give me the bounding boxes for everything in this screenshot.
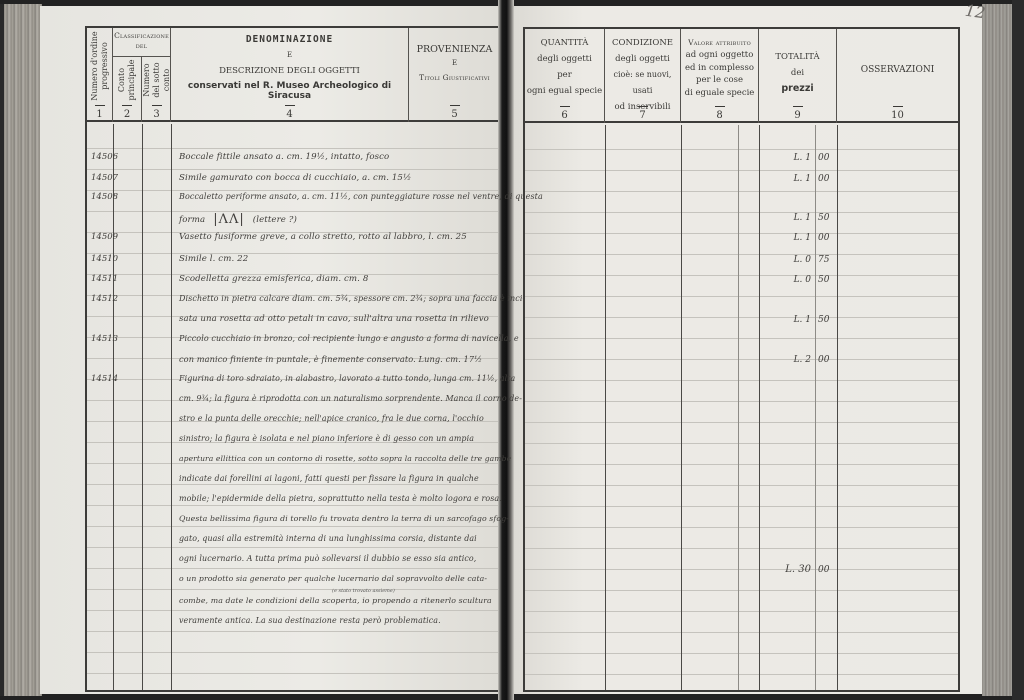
entry-description-cont: apertura ellittica con un contorno di ro… [179, 454, 511, 463]
entry-description-cont: veramente antica. La sua destinazione re… [179, 616, 441, 625]
left-ruled-area [87, 124, 498, 690]
left-page-edges [0, 4, 42, 696]
col-divider [837, 125, 838, 690]
header-line: ed in complesso [681, 62, 758, 75]
entry-description: Vasetto fusiforme greve, a collo stretto… [179, 232, 467, 242]
col-divider [681, 125, 682, 690]
price-lire: L. 1 [765, 315, 811, 325]
entry-description-cont: sata una rosetta ad otto petali in cavo,… [179, 314, 489, 324]
entry-description-cont: gato, quasi alla estremità interna di un… [179, 534, 477, 543]
header-descrizione: DESCRIZIONE DEGLI OGGETTI [171, 63, 408, 79]
entry-number: 14507 [91, 173, 118, 183]
header-numero-sotto-conto: Numero del sotto conto [142, 56, 172, 104]
price-lire-total: L. 30 [759, 564, 811, 575]
cents-divider [815, 125, 816, 690]
header-conj: E [171, 47, 408, 63]
price-cents: 75 [818, 255, 829, 265]
right-ledger-table: QUANTITÀ degli oggetti per ogni egual sp… [523, 27, 960, 692]
right-page-edges [982, 4, 1014, 696]
price-lire: L. 1 [765, 213, 811, 223]
header-col-3: Numero del sotto conto 3 [142, 56, 171, 122]
entry-number: 14512 [91, 294, 118, 304]
entry-description: Dischetto in pietra calcare diam. cm. 5¾… [179, 294, 525, 303]
price-lire: L. 0 [765, 275, 811, 285]
price-cents: 00 [818, 153, 829, 163]
header-conj-2: E [409, 55, 500, 71]
header-condizione: CONDIZIONE degli oggetti cioè: se nuovi,… [605, 29, 681, 123]
entry-description-cont: mobile; l'epidermide della pietra, sopra… [179, 494, 502, 503]
entry-description-cont: sinistro; la figura è isolata e nel pian… [179, 434, 474, 443]
price-lire: L. 1 [765, 233, 811, 243]
header-line: degli oggetti [525, 51, 604, 67]
price-lire: L. 1 [765, 153, 811, 163]
header-line: per [525, 67, 604, 83]
entry-description-cont: forma|ΛΛ|(lettere ?) [179, 212, 297, 227]
price-lire: L. 2 [765, 355, 811, 365]
entry-description: Figurina di toro sdraiato, in alabastro,… [179, 374, 515, 383]
header-line: ad ogni oggetto [681, 49, 758, 62]
header-valore: Valore attribuito ad ogni oggetto ed in … [681, 29, 759, 123]
entry-description-cont: indicate dai forellini ai lagoni, fatti … [179, 474, 479, 483]
header-totalita-title: TOTALITÀ [759, 49, 836, 65]
header-line: di eguale specie [681, 87, 758, 100]
entry-description-cont: Questa bellissima figura di torello fu t… [179, 514, 509, 523]
col-number-6: 6 [525, 106, 604, 121]
cents-divider [738, 125, 739, 690]
entry-description: Simile l. cm. 22 [179, 254, 248, 264]
entry-number: 14511 [91, 274, 118, 284]
col-number-9: 9 [759, 106, 836, 121]
entry-description-cont: con manico finiente in puntale, è fineme… [179, 354, 482, 364]
col-number-2: 2 [113, 105, 141, 120]
interlinear-note: (e stato trovato assieme) [332, 588, 395, 594]
price-lire: L. 1 [765, 174, 811, 184]
entry-number: 14509 [91, 232, 118, 242]
price-cents: 00 [818, 174, 829, 184]
price-cents: 50 [818, 275, 829, 285]
entry-description: Simile gamurato con bocca di cucchiaio, … [179, 173, 411, 183]
price-cents: 00 [818, 565, 829, 575]
header-prezzi: prezzi [759, 81, 836, 97]
entry-description-cont: cm. 9¾; la figura è riprodotta con un na… [179, 394, 522, 403]
header-numero-ordine: Numero d'ordine progressivo [90, 31, 110, 101]
price-cents: 00 [818, 233, 829, 243]
col-divider [171, 124, 172, 690]
header-provenienza-title: PROVENIENZA [409, 44, 500, 55]
header-classificazione-label: Classificazione del [113, 31, 170, 51]
price-cents: 00 [818, 355, 829, 365]
vessel-sketch: |ΛΛ| [213, 212, 245, 227]
entry-number: 14506 [91, 152, 118, 162]
entry-number: 14510 [91, 254, 118, 264]
header-col-1: Numero d'ordine progressivo 1 [87, 28, 113, 122]
header-museo: conservati nel R. Museo Archeologico di … [171, 81, 408, 101]
col-number-7: 7 [605, 106, 680, 121]
col-number-3: 3 [142, 105, 171, 120]
right-header-row: QUANTITÀ degli oggetti per ogni egual sp… [525, 29, 958, 123]
header-conto-principale: Conto principale [117, 58, 137, 102]
book-gutter [498, 0, 514, 700]
left-header-row: Numero d'ordine progressivo 1 Classifica… [87, 28, 498, 122]
header-line: per le cose [681, 74, 758, 87]
price-cents: 50 [818, 315, 829, 325]
header-provenienza: PROVENIENZA E Titoli Giustificativi 5 [409, 28, 500, 122]
entry-description: Piccolo cucchiaio in bronzo, col recipie… [179, 334, 519, 343]
col-number-1: 1 [87, 105, 112, 120]
left-ledger-table: Numero d'ordine progressivo 1 Classifica… [85, 26, 498, 692]
header-quantita: QUANTITÀ degli oggetti per ogni egual sp… [525, 29, 605, 123]
col-number-10: 10 [837, 106, 958, 121]
header-line: dei [759, 65, 836, 81]
header-titoli: Titoli Giustificativi [409, 73, 500, 82]
entry-number: 14513 [91, 334, 118, 344]
entry-description-cont: ogni lucernario. A tutta prima può solle… [179, 554, 476, 563]
col-divider [759, 125, 760, 690]
header-line: ogni egual specie [525, 83, 604, 99]
entry-description: Boccale fittile ansato a. cm. 19½, intat… [179, 152, 389, 162]
col-divider [605, 125, 606, 690]
entry-description: Scodelletta grezza emisferica, diam. cm.… [179, 274, 368, 284]
col-number-4: 4 [171, 105, 408, 120]
right-ruled-area [525, 125, 958, 690]
entry-description-cont: stro e la punta delle orecchie; nell'api… [179, 414, 484, 423]
page-number: 12 [964, 1, 987, 23]
col-number-5: 5 [409, 105, 500, 120]
header-totalita: TOTALITÀ dei prezzi 9 [759, 29, 837, 123]
ledger-book: 12 Numero d'ordine progressivo 1 Classif… [0, 0, 1024, 700]
header-condizione-title: CONDIZIONE [605, 35, 680, 51]
col-number-8: 8 [681, 106, 758, 121]
col-divider [142, 124, 143, 690]
header-line: degli oggetti [605, 51, 680, 67]
price-lire: L. 0 [765, 255, 811, 265]
header-line: cioè: se nuovi, usati [605, 67, 680, 99]
header-denominazione: DENOMINAZIONE E DESCRIZIONE DEGLI OGGETT… [171, 28, 409, 122]
header-quantita-title: QUANTITÀ [525, 35, 604, 51]
price-cents: 50 [818, 213, 829, 223]
header-classificazione: Classificazione del Conto principale 2 N… [113, 28, 171, 122]
header-valore-title: Valore attribuito [681, 37, 758, 49]
entry-description-cont: combe, ma date le condizioni della scope… [179, 596, 492, 605]
header-denominazione-title: DENOMINAZIONE [171, 34, 408, 45]
header-col-2: Conto principale 2 [113, 56, 142, 122]
entry-description: Boccaletto periforme ansato, a. cm. 11½,… [179, 192, 543, 201]
header-osservazioni-title: OSSERVAZIONI [837, 65, 958, 75]
book-cover-edge [1012, 0, 1024, 700]
col-divider [113, 124, 114, 690]
entry-number: 14508 [91, 192, 118, 202]
entry-description-cont: o un prodotto sia generato per qualche l… [179, 574, 487, 583]
sketch-note: (lettere ?) [253, 215, 297, 225]
header-osservazioni: OSSERVAZIONI 10 [837, 29, 958, 123]
entry-number: 14514 [91, 374, 118, 384]
